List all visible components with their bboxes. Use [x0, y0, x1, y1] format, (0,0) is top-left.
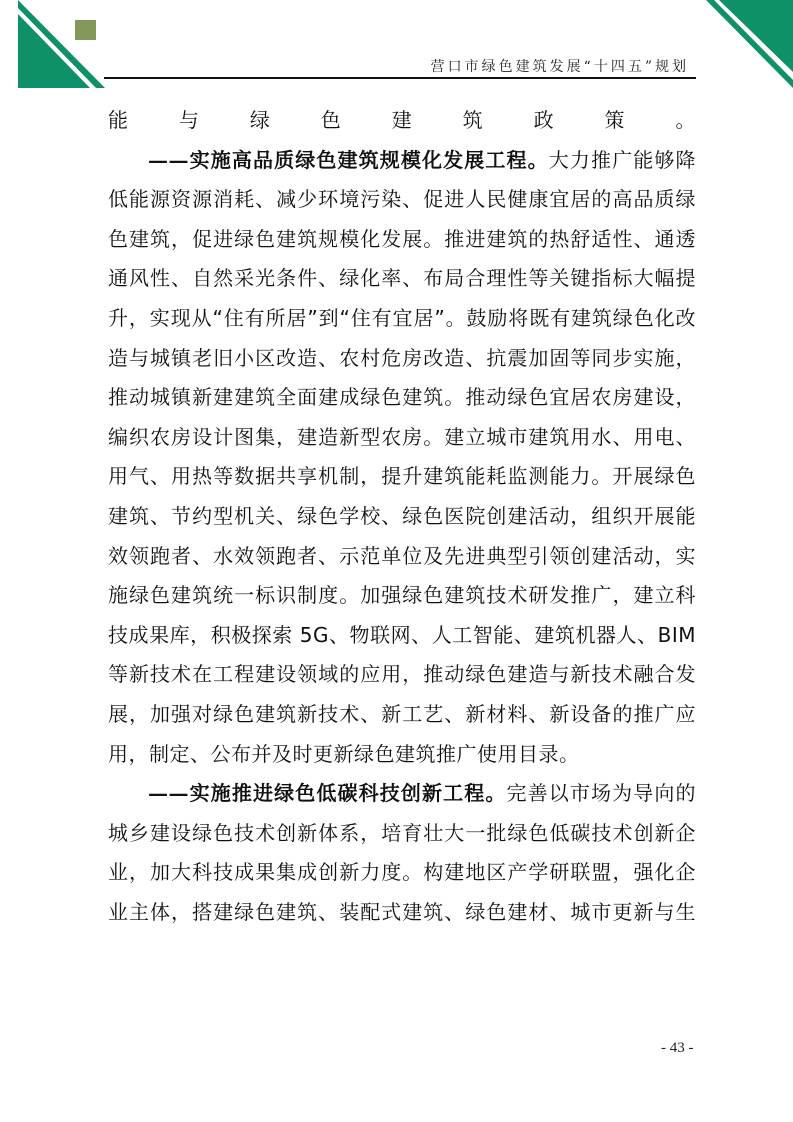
body-line: 色建筑，促进绿色建筑规模化发展。推进建筑的热舒适性、通透: [108, 220, 696, 260]
body-line: 能与绿色建筑政策。: [108, 101, 696, 141]
line-text: 业主体，搭建绿色建筑、装配式建筑、绿色建材、城市更新与生: [108, 900, 696, 924]
line-text: 低能源资源消耗、减少环境污染、促进人民健康宜居的高品质绿: [108, 187, 696, 211]
body-line: 编织农房设计图集，建造新型农房。建立城市建筑用水、用电、: [108, 418, 696, 458]
body-line: 通风性、自然采光条件、绿化率、布局合理性等关键指标大幅提: [108, 259, 696, 299]
line-text: 城乡建设绿色技术创新体系，培育壮大一批绿色低碳技术创新企: [108, 821, 696, 845]
body-line: 用，制定、公布并及时更新绿色建筑推广使用目录。: [108, 735, 696, 775]
line-text: 推动城镇新建建筑全面建成绿色建筑。推动绿色宜居农房建设，: [108, 385, 696, 409]
body-line: 等新技术在工程建设领域的应用，推动绿色建造与新技术融合发: [108, 655, 696, 695]
line-text: 建筑、节约型机关、绿色学校、绿色医院创建活动，组织开展能: [108, 504, 696, 528]
line-text: 通风性、自然采光条件、绿化率、布局合理性等关键指标大幅提: [108, 266, 696, 290]
header-rule: [104, 77, 696, 79]
line-text: 业，加大科技成果集成创新力度。构建地区产学研联盟，强化企: [108, 860, 696, 884]
body-line: 推动城镇新建建筑全面建成绿色建筑。推动绿色宜居农房建设，: [108, 378, 696, 418]
line-text: 完善以市场为导向的: [507, 781, 697, 805]
body-line: 建筑、节约型机关、绿色学校、绿色医院创建活动，组织开展能: [108, 497, 696, 537]
section-heading-line: ——实施高品质绿色建筑规模化发展工程。大力推广能够降: [108, 141, 696, 181]
line-text: 大力推广能够降: [549, 148, 696, 172]
top-right-triangle-icon: [719, 0, 793, 72]
body-line: 升，实现从“住有所居”到“住有宜居”。鼓励将既有建筑绿色化改: [108, 299, 696, 339]
section-heading: ——实施高品质绿色建筑规模化发展工程。: [148, 148, 549, 172]
section-heading: ——实施推进绿色低碳科技创新工程。: [148, 781, 507, 805]
line-text: 等新技术在工程建设领域的应用，推动绿色建造与新技术融合发: [108, 662, 696, 686]
section-heading-line: ——实施推进绿色低碳科技创新工程。完善以市场为导向的: [108, 774, 696, 814]
body-line: 业，加大科技成果集成创新力度。构建地区产学研联盟，强化企: [108, 853, 696, 893]
body-line: 用气、用热等数据共享机制，提升建筑能耗监测能力。开展绿色: [108, 457, 696, 497]
document-body: 能与绿色建筑政策。 ——实施高品质绿色建筑规模化发展工程。大力推广能够降 低能源…: [108, 101, 696, 932]
body-line: 展，加强对绿色建筑新技术、新工艺、新材料、新设备的推广应: [108, 695, 696, 735]
body-line: 低能源资源消耗、减少环境污染、促进人民健康宜居的高品质绿: [108, 180, 696, 220]
line-text: 色建筑，促进绿色建筑规模化发展。推进建筑的热舒适性、通透: [108, 227, 696, 251]
line-text: 效领跑者、水效领跑者、示范单位及先进典型引领创建活动，实: [108, 544, 696, 568]
line-text: 升，实现从“住有所居”到“住有宜居”。鼓励将既有建筑绿色化改: [108, 306, 696, 330]
running-header-title: 营口市绿色建筑发展“十四五”规划: [431, 56, 689, 76]
line-text: 用气、用热等数据共享机制，提升建筑能耗监测能力。开展绿色: [108, 464, 696, 488]
page-number: - 43 -: [661, 1040, 694, 1057]
line-text: 展，加强对绿色建筑新技术、新工艺、新材料、新设备的推广应: [108, 702, 696, 726]
body-line: 施绿色建筑统一标识制度。加强绿色建筑技术研发推广，建立科: [108, 576, 696, 616]
line-text: 施绿色建筑统一标识制度。加强绿色建筑技术研发推广，建立科: [108, 583, 696, 607]
body-line: 城乡建设绿色技术创新体系，培育壮大一批绿色低碳技术创新企: [108, 814, 696, 854]
body-line: 业主体，搭建绿色建筑、装配式建筑、绿色建材、城市更新与生: [108, 893, 696, 933]
body-line: 技成果库，积极探索 5G、物联网、人工智能、建筑机器人、BIM: [108, 616, 696, 656]
line-text: 能与绿色建筑政策。: [108, 108, 696, 132]
line-text: 编织农房设计图集，建造新型农房。建立城市建筑用水、用电、: [108, 425, 696, 449]
line-text: 用，制定、公布并及时更新绿色建筑推广使用目录。: [108, 742, 580, 766]
olive-square-icon: [75, 20, 96, 40]
body-line: 造与城镇老旧小区改造、农村危房改造、抗震加固等同步实施，: [108, 339, 696, 379]
body-line: 效领跑者、水效领跑者、示范单位及先进典型引领创建活动，实: [108, 537, 696, 577]
corner-decoration: [0, 0, 793, 100]
line-text: 技成果库，积极探索 5G、物联网、人工智能、建筑机器人、BIM: [108, 623, 696, 647]
line-text: 造与城镇老旧小区改造、农村危房改造、抗震加固等同步实施，: [108, 346, 696, 370]
